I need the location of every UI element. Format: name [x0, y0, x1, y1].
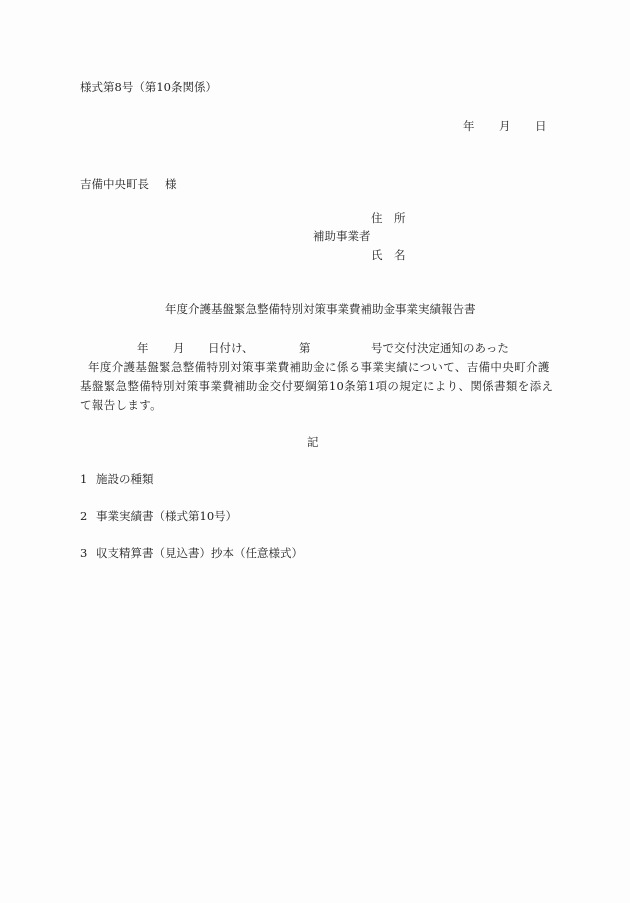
- form-number: 様式第8号（第10条関係）: [80, 82, 217, 94]
- attachment-label: 事業実績書（様式第10号）: [96, 509, 237, 523]
- attachment-number: 1: [80, 474, 96, 486]
- address-label: 住 所: [371, 213, 406, 225]
- attachment-number: 3: [80, 548, 96, 560]
- date-year-label: 年: [463, 121, 475, 133]
- notice-day-label: 日付け、: [208, 343, 254, 355]
- notice-number-prefix: 第: [299, 343, 311, 355]
- body-line-1: 年度介護基盤緊急整備特別対策事業費補助金に係る事業実績について、吉備中央町介護: [88, 362, 550, 374]
- name-label: 氏 名: [371, 250, 406, 262]
- notice-year-label: 年: [137, 343, 149, 355]
- document-title: 年度介護基盤緊急整備特別対策事業費補助金事業実績報告書: [165, 304, 476, 316]
- attachment-label: 施設の種類: [96, 472, 154, 486]
- attachment-item: 1施設の種類: [80, 474, 154, 486]
- body-line-3: て報告します。: [80, 400, 162, 412]
- attachment-item: 2事業実績書（様式第10号）: [80, 511, 237, 523]
- addressee-honorific: 様: [165, 177, 177, 191]
- applicant-role-label: 補助事業者: [313, 231, 371, 243]
- attachment-number: 2: [80, 511, 96, 523]
- notice-rest-text: 号で交付決定通知のあった: [371, 343, 509, 355]
- body-line-2: 基盤緊急整備特別対策事業費補助金交付要綱第10条第1項の規定により、関係書類を添…: [80, 381, 553, 393]
- addressee-name: 吉備中央町長: [80, 177, 149, 191]
- date-month-label: 月: [499, 121, 511, 133]
- document-page: 様式第8号（第10条関係） 年 月 日 吉備中央町長様 住 所 補助事業者 氏 …: [0, 0, 630, 903]
- attachment-label: 収支精算書（見込書）抄本（任意様式）: [96, 546, 303, 560]
- addressee: 吉備中央町長様: [80, 179, 177, 191]
- notice-month-label: 月: [173, 343, 185, 355]
- date-day-label: 日: [535, 121, 547, 133]
- ki-heading: 記: [307, 437, 319, 449]
- attachment-item: 3収支精算書（見込書）抄本（任意様式）: [80, 548, 303, 560]
